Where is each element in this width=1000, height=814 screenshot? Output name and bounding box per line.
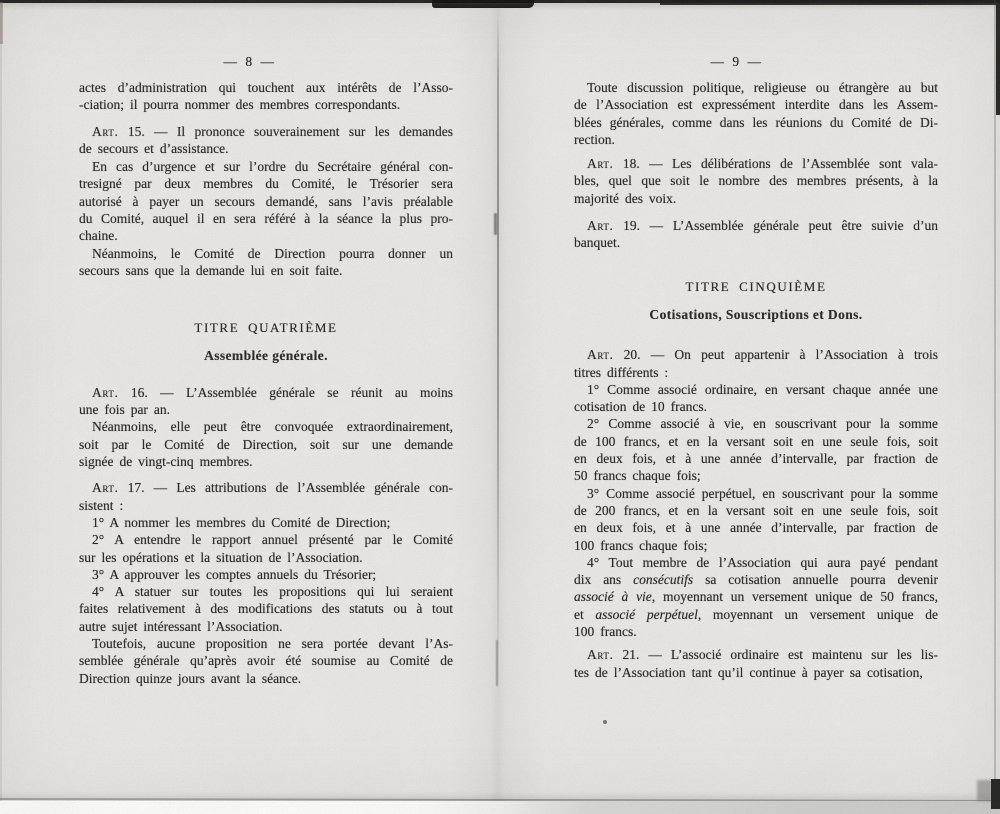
paragraph: 2° A entendre le rapport annuel présenté… (79, 531, 453, 566)
text-run: 100 francs chaque fois; (574, 538, 707, 553)
text-line: titres différents : (574, 364, 938, 381)
text-line: Art. 18. — Les délibérations de l’Assemb… (574, 155, 938, 172)
text-run: autorisé à payer un secours demandé, san… (79, 194, 453, 209)
text-run: Direction quinze jours avant la séance. (79, 671, 301, 686)
text-run: 100 francs. (574, 624, 637, 639)
text-line: de l’Association est expressément interd… (574, 96, 938, 113)
text-run: de 200 francs, et en la versant soit en … (574, 503, 938, 518)
text-line: faites relativement à des modifications … (79, 600, 453, 617)
paragraph: Art. 15. — Il prononce souverainement su… (79, 123, 453, 158)
text-run: tes de l’Association tant qu’il continue… (574, 665, 923, 680)
text-line: autre sujet intéressant l’Association. (79, 618, 453, 635)
text-line: Art. 17. — Les attributions de l’Assembl… (79, 479, 453, 496)
paragraph: En cas d’urgence et sur l’ordre du Secré… (79, 158, 453, 244)
text-line: tes de l’Association tant qu’il continue… (574, 664, 938, 681)
paragraph: 1° Comme associé ordinaire, en versant c… (574, 381, 938, 416)
paragraph: 3° A approuver les comptes annuels du Tr… (79, 566, 453, 583)
text-line: rection. (574, 131, 938, 148)
text-line: 3° A approuver les comptes annuels du Tr… (79, 566, 453, 583)
text-run: 50 francs chaque fois; (574, 468, 701, 483)
text-run: soit par le Comité de Direction, soit su… (79, 437, 453, 452)
text-run: 17. — Les attributions de l’Assemblée gé… (118, 480, 453, 495)
text-run: autre sujet intéressant l’Association. (79, 619, 283, 634)
text-line: banquet. (574, 234, 938, 251)
text-line: Art. 20. — On peut appartenir à l’Associ… (574, 346, 938, 363)
text-run: en deux fois, et à une année d’intervall… (574, 451, 938, 466)
right-top-edge-mark (996, 3, 1000, 115)
italic-run: associé perpétuel (595, 607, 697, 622)
text-line: soit par le Comité de Direction, soit su… (79, 436, 453, 453)
text-run: dix ans (574, 572, 633, 587)
small-caps-run: Art. (92, 124, 118, 139)
text-run: 3° Comme associé perpétuel, en souscriva… (587, 486, 938, 501)
paragraph: actes d’administration qui touchent aux … (79, 79, 453, 114)
left-page-edge (0, 0, 2, 801)
title: TITRE CINQUIÈME (574, 278, 938, 295)
text-run: 21. — L’associé ordinaire est maintenu s… (613, 647, 938, 662)
paragraph: 4° Tout membre de l’Association qui aura… (574, 554, 938, 640)
text-run: sistent : (79, 498, 123, 513)
text-run: 18. — Les délibérations de l’Assemblée s… (613, 156, 938, 171)
text-run: et (574, 607, 595, 622)
text-line: bles, quel que soit le nombre des membre… (574, 172, 938, 189)
small-caps-run: Art. (587, 218, 613, 233)
text-run: chaine. (79, 228, 118, 243)
page-left-text-column: actes d’administration qui touchent aux … (79, 79, 453, 687)
text-run: Toute discussion politique, religieuse o… (587, 80, 938, 95)
text-line: actes d’administration qui touchent aux … (79, 79, 453, 96)
text-line: de 200 francs, et en la versant soit en … (574, 502, 938, 519)
paragraph: Art. 16. — L’Assemblée générale se réuni… (79, 384, 453, 419)
small-caps-run: Art. (587, 647, 613, 662)
text-run: 1° Comme associé ordinaire, en versant c… (587, 382, 938, 397)
text-line: semblée générale qu’après avoir été soum… (79, 652, 453, 669)
paragraph: Art. 19. — L’Assemblée générale peut êtr… (574, 217, 938, 252)
fold-crease-mark (494, 213, 497, 235)
text-run: faites relativement à des modifications … (79, 601, 453, 616)
page-number-left: — 8 — (62, 54, 436, 71)
paragraph: Néanmoins, elle peut être convoquée extr… (79, 418, 453, 470)
paragraph: Néanmoins, le Comité de Direction pourra… (79, 245, 453, 280)
text-line: sur les opérations et la situation de l’… (79, 549, 453, 566)
small-caps-run: Art. (92, 480, 118, 495)
text-line: Direction quinze jours avant la séance. (79, 670, 453, 687)
text-run: 20. — On peut appartenir à l’Association… (613, 347, 938, 362)
text-run: 19. — L’Assemblée générale peut être sui… (613, 218, 938, 233)
text-run: bles, quel que soit le nombre des membre… (574, 173, 938, 188)
text-line: 3° Comme associé perpétuel, en souscriva… (574, 485, 938, 502)
text-line: du Comité, auquel il en sera référé à la… (79, 210, 453, 227)
text-line: secours sans que la demande lui en soit … (79, 262, 453, 279)
text-line: cotisation de 10 francs. (574, 398, 938, 415)
text-run: de secours et d’assistance. (79, 141, 229, 156)
text-run: une fois par an. (79, 402, 170, 417)
scanned-book-spread: — 8 — — 9 — actes d’administration qui t… (0, 0, 1000, 814)
text-run: banquet. (574, 235, 620, 250)
fold-crease-mark-lower (496, 640, 498, 686)
text-run: du Comité, auquel il en sera référé à la… (79, 211, 453, 226)
text-run: tresigné par deux membres du Comité, le … (79, 176, 453, 191)
paragraph: 4° A statuer sur toutes les propositions… (79, 583, 453, 635)
text-run: sur les opérations et la situation de l’… (79, 550, 363, 565)
text-line: en deux fois, et à une année d’intervall… (574, 519, 938, 536)
text-run: 4° Tout membre de l’Association qui aura… (587, 555, 938, 570)
text-run: titres différents : (574, 365, 668, 380)
text-run: 2° Comme associé à vie, en souscrivant p… (587, 416, 938, 431)
text-run: majorité des voix. (574, 191, 676, 206)
text-line: 100 francs chaque fois; (574, 537, 938, 554)
text-line: majorité des voix. (574, 190, 938, 207)
text-run: , moyennant un versement unique de (698, 607, 938, 622)
text-run: 15. — Il prononce souverainement sur les… (118, 124, 453, 139)
italic-run: consécutifs (633, 572, 693, 587)
text-line: chaine. (79, 227, 453, 244)
paragraph: Art. 17. — Les attributions de l’Assembl… (79, 479, 453, 514)
text-run: En cas d’urgence et sur l’ordre du Secré… (92, 159, 453, 174)
text-run: 4° A statuer sur toutes les propositions… (92, 584, 453, 599)
text-run: blées générales, comme dans les réunions… (574, 115, 938, 130)
text-line: blées générales, comme dans les réunions… (574, 114, 938, 131)
paragraph: Toute discussion politique, religieuse o… (574, 79, 938, 148)
text-run: cotisation de 10 francs. (574, 399, 707, 414)
text-line: Art. 19. — L’Assemblée générale peut êtr… (574, 217, 938, 234)
paragraph: Art. 18. — Les délibérations de l’Assemb… (574, 155, 938, 207)
text-line: de 100 francs, et en la versant soit en … (574, 433, 938, 450)
text-run: -ciation; il pourra nommer des membres c… (79, 97, 400, 112)
text-line: 2° A entendre le rapport annuel présenté… (79, 531, 453, 548)
text-line: autorisé à payer un secours demandé, san… (79, 193, 453, 210)
small-caps-run: Art. (587, 347, 613, 362)
text-run: sa cotisation annuelle pourra devenir (693, 572, 938, 587)
text-line: 4° Tout membre de l’Association qui aura… (574, 554, 938, 571)
paragraph: Toutefois, aucune proposition ne sera po… (79, 635, 453, 687)
paragraph: Art. 20. — On peut appartenir à l’Associ… (574, 346, 938, 381)
top-edge-shadow (0, 3, 1000, 10)
text-run: Toutefois, aucune proposition ne sera po… (92, 636, 453, 651)
center-fold-line (497, 12, 499, 692)
text-line: Néanmoins, elle peut être convoquée extr… (79, 418, 453, 435)
title: TITRE QUATRIÈME (79, 319, 453, 336)
text-run: rection. (574, 132, 615, 147)
small-caps-run: Art. (587, 156, 613, 171)
text-run: 2° A entendre le rapport annuel présenté… (92, 532, 453, 547)
text-line: Art. 21. — L’associé ordinaire est maint… (574, 646, 938, 663)
text-run: de 100 francs, et en la versant soit en … (574, 434, 938, 449)
text-line: Art. 16. — L’Assemblée générale se réuni… (79, 384, 453, 401)
text-line: 50 francs chaque fois; (574, 467, 938, 484)
text-line: et associé perpétuel, moyennant un verse… (574, 606, 938, 623)
text-line: une fois par an. (79, 401, 453, 418)
text-line: tresigné par deux membres du Comité, le … (79, 175, 453, 192)
ink-speck (603, 720, 607, 724)
text-line: associé à vie, moyennant un versement un… (574, 588, 938, 605)
text-run: semblée générale qu’après avoir été soum… (79, 653, 453, 668)
text-line: 100 francs. (574, 623, 938, 640)
text-line: 2° Comme associé à vie, en souscrivant p… (574, 415, 938, 432)
bottom-right-smudge (977, 780, 992, 801)
text-run: 1° A nommer les membres du Comité de Dir… (92, 515, 390, 530)
text-line: 1° Comme associé ordinaire, en versant c… (574, 381, 938, 398)
text-line: Art. 15. — Il prononce souverainement su… (79, 123, 453, 140)
subtitle: Cotisations, Souscriptions et Dons. (574, 306, 938, 323)
paragraph: Art. 21. — L’associé ordinaire est maint… (574, 646, 938, 681)
text-run: en deux fois, et à une année d’intervall… (574, 520, 938, 535)
text-line: dix ans consécutifs sa cotisation annuel… (574, 571, 938, 588)
text-run: 16. — L’Assemblée générale se réunit au … (118, 385, 453, 400)
text-run: 3° A approuver les comptes annuels du Tr… (92, 567, 376, 582)
text-line: -ciation; il pourra nommer des membres c… (79, 96, 453, 113)
text-line: Toute discussion politique, religieuse o… (574, 79, 938, 96)
scanner-bottom-strip (0, 801, 1000, 814)
text-run: , moyennant un versement unique de 50 fr… (652, 589, 938, 604)
text-run: Néanmoins, le Comité de Direction pourra… (92, 246, 453, 261)
text-line: signée de vingt-cinq membres. (79, 453, 453, 470)
text-run: Néanmoins, elle peut être convoquée extr… (92, 419, 453, 434)
text-line: En cas d’urgence et sur l’ordre du Secré… (79, 158, 453, 175)
text-line: de secours et d’assistance. (79, 140, 453, 157)
text-run: actes d’administration qui touchent aux … (79, 80, 453, 95)
page-number-right: — 9 — (554, 54, 918, 71)
italic-run: associé à vie (574, 589, 652, 604)
text-run: signée de vingt-cinq membres. (79, 454, 253, 469)
paragraph: 2° Comme associé à vie, en souscrivant p… (574, 415, 938, 484)
text-run: de l’Association est expressément interd… (574, 97, 938, 112)
page-right-text-column: Toute discussion politique, religieuse o… (574, 79, 938, 681)
text-line: Toutefois, aucune proposition ne sera po… (79, 635, 453, 652)
right-page-edge-line (994, 0, 996, 798)
paragraph: 3° Comme associé perpétuel, en souscriva… (574, 485, 938, 554)
text-line: 1° A nommer les membres du Comité de Dir… (79, 514, 453, 531)
bottom-right-corner-mark (991, 779, 1000, 809)
small-caps-run: Art. (92, 385, 118, 400)
text-line: en deux fois, et à une année d’intervall… (574, 450, 938, 467)
text-line: Néanmoins, le Comité de Direction pourra… (79, 245, 453, 262)
text-line: 4° A statuer sur toutes les propositions… (79, 583, 453, 600)
text-line: sistent : (79, 497, 453, 514)
paragraph: 1° A nommer les membres du Comité de Dir… (79, 514, 453, 531)
text-run: secours sans que la demande lui en soit … (79, 263, 342, 278)
subtitle: Assemblée générale. (79, 347, 453, 364)
